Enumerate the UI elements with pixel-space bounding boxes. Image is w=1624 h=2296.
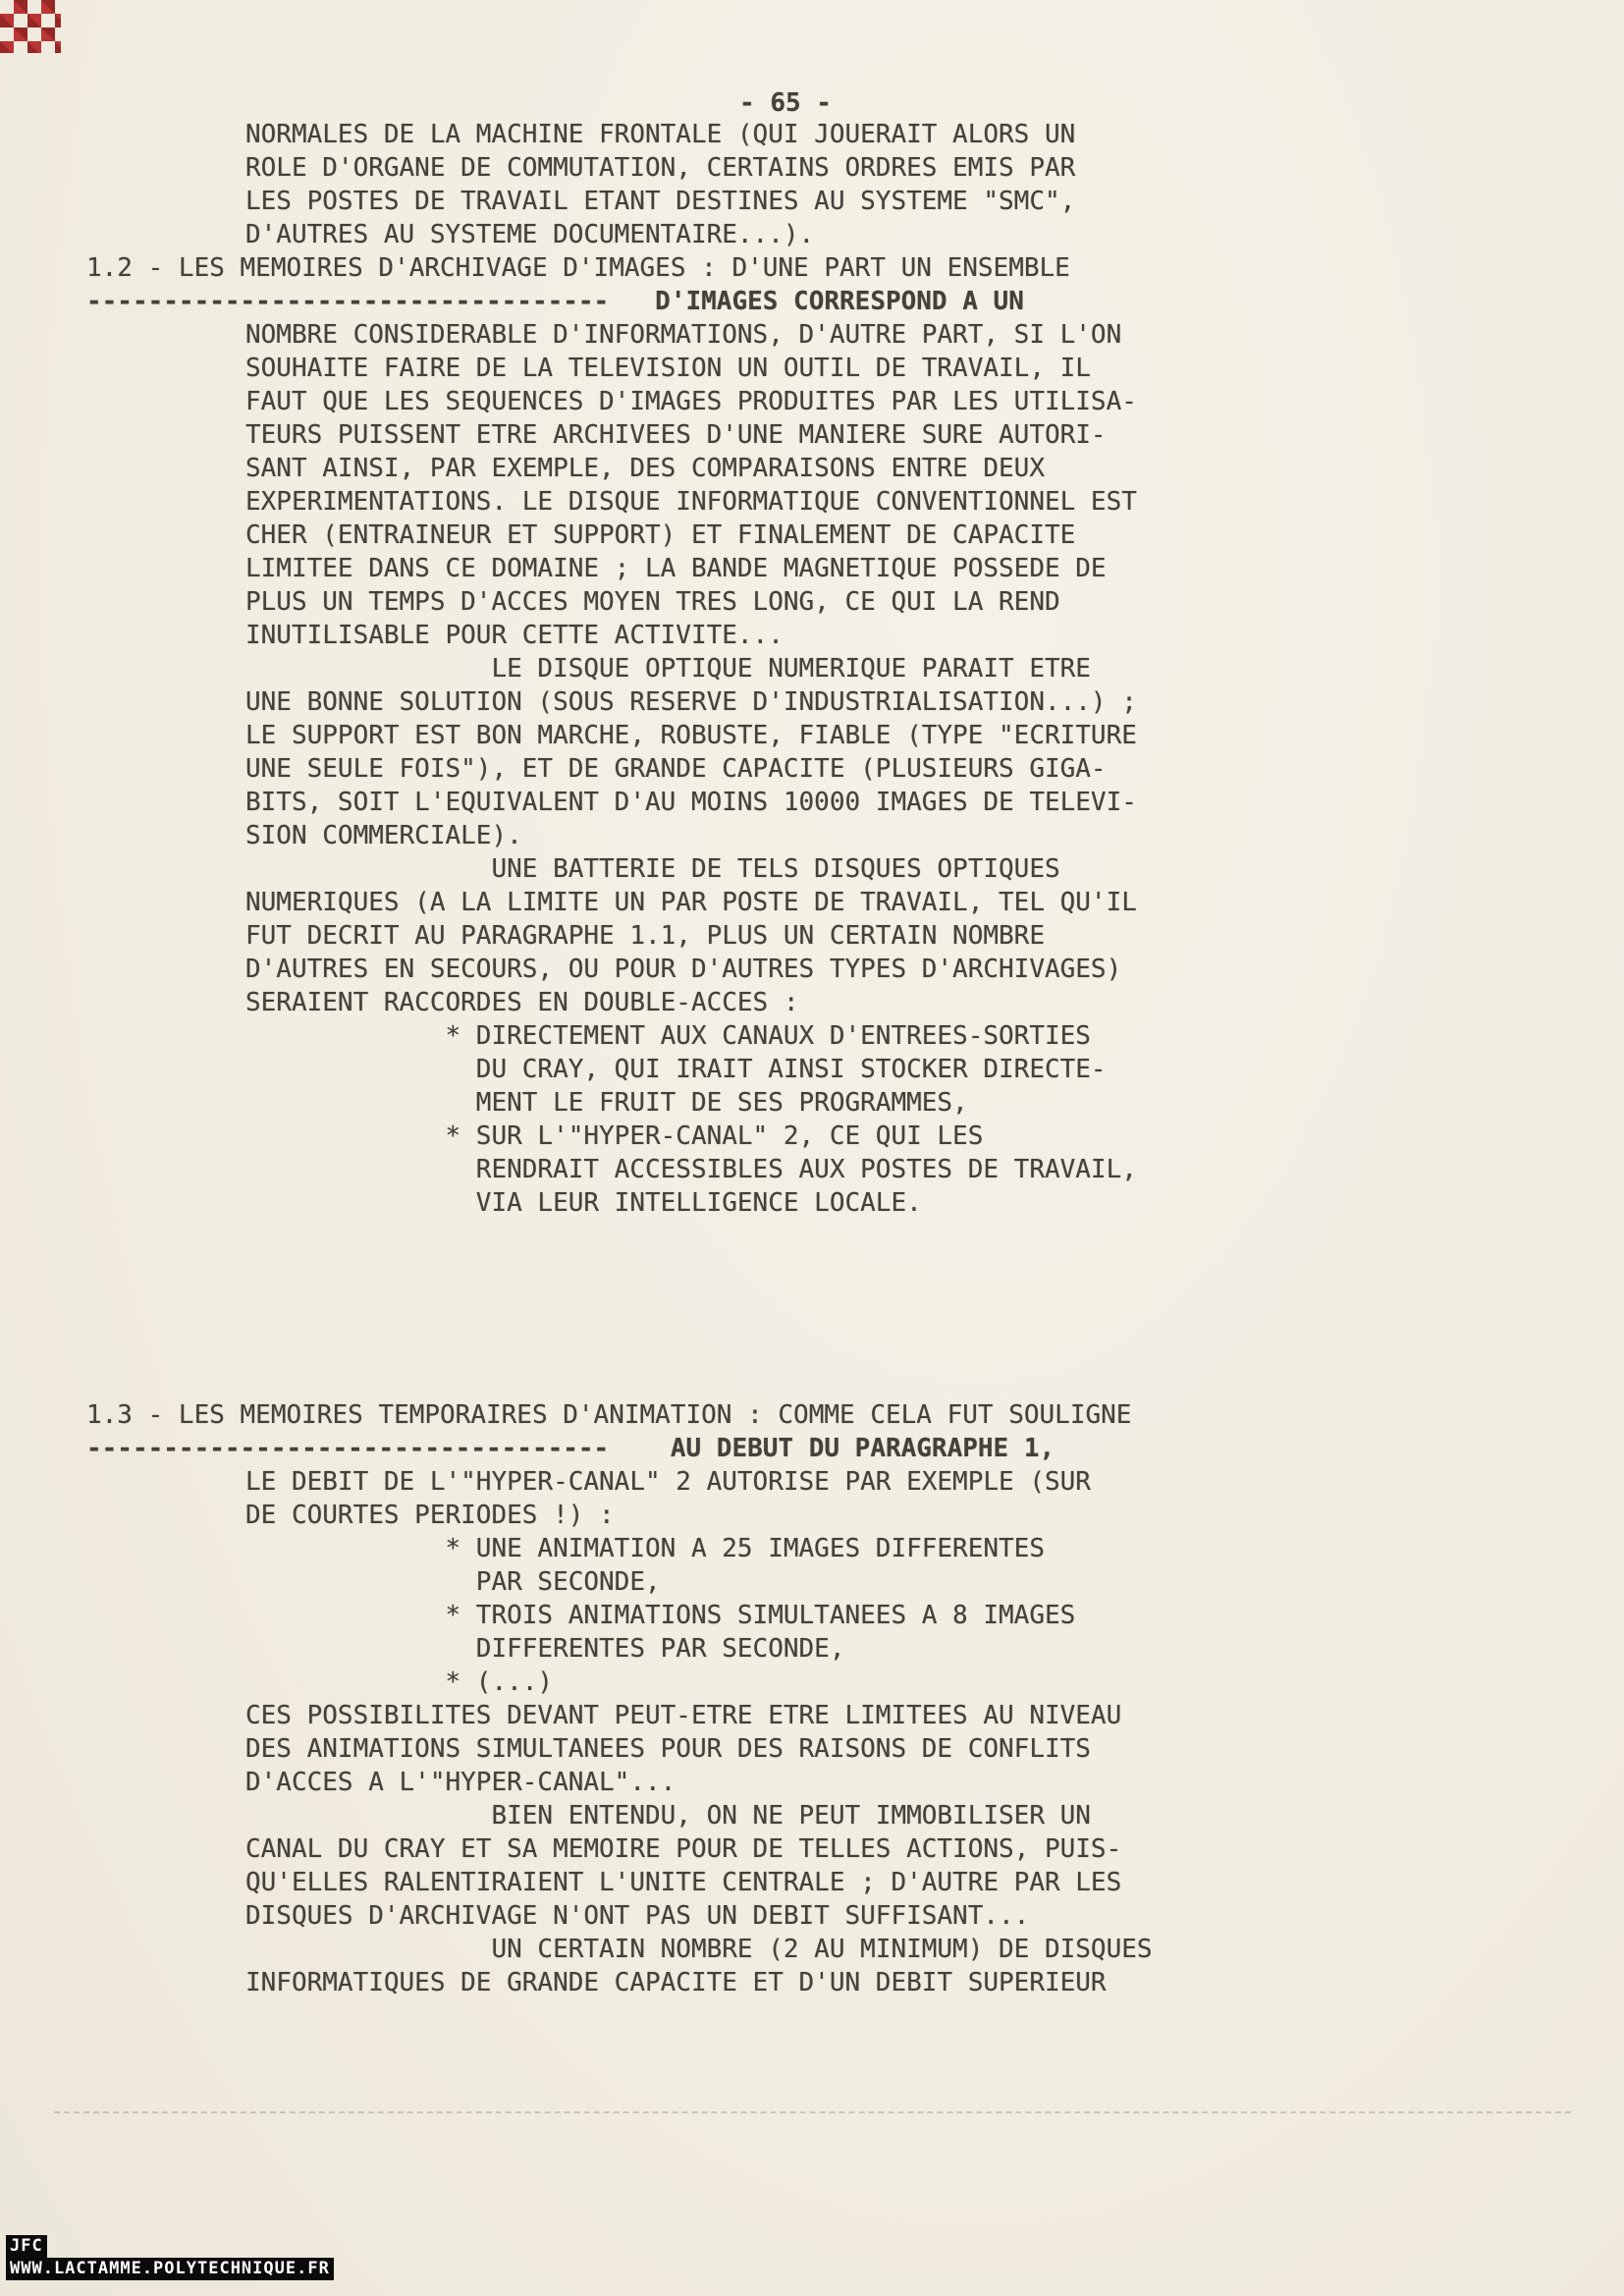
section-1-3-underline: ---------------------------------- AU DE… (86, 1432, 1055, 1465)
intro-paragraph: NORMALES DE LA MACHINE FRONTALE (QUI JOU… (245, 118, 1075, 251)
section-1-2-body: NOMBRE CONSIDERABLE D'INFORMATIONS, D'AU… (245, 318, 1137, 1220)
section-1-2-heading: 1.2 - LES MEMOIRES D'ARCHIVAGE D'IMAGES … (86, 251, 1070, 285)
page-number: - 65 - (739, 86, 832, 120)
section-1-3-heading: 1.3 - LES MEMOIRES TEMPORAIRES D'ANIMATI… (86, 1398, 1131, 1432)
section-1-2-underline: ---------------------------------- D'IMA… (86, 285, 1024, 318)
section-1-3-body: LE DEBIT DE L'"HYPER-CANAL" 2 AUTORISE P… (245, 1465, 1153, 1999)
scanned-page: - 65 - NORMALES DE LA MACHINE FRONTALE (… (0, 0, 1624, 2296)
scan-artifact-red (0, 0, 61, 53)
footer-separator-line (54, 2111, 1571, 2113)
watermark-url: WWW.LACTAMME.POLYTECHNIQUE.FR (6, 2258, 334, 2280)
watermark-initials: JFC (6, 2235, 47, 2258)
watermark: JFC WWW.LACTAMME.POLYTECHNIQUE.FR (6, 2235, 334, 2280)
